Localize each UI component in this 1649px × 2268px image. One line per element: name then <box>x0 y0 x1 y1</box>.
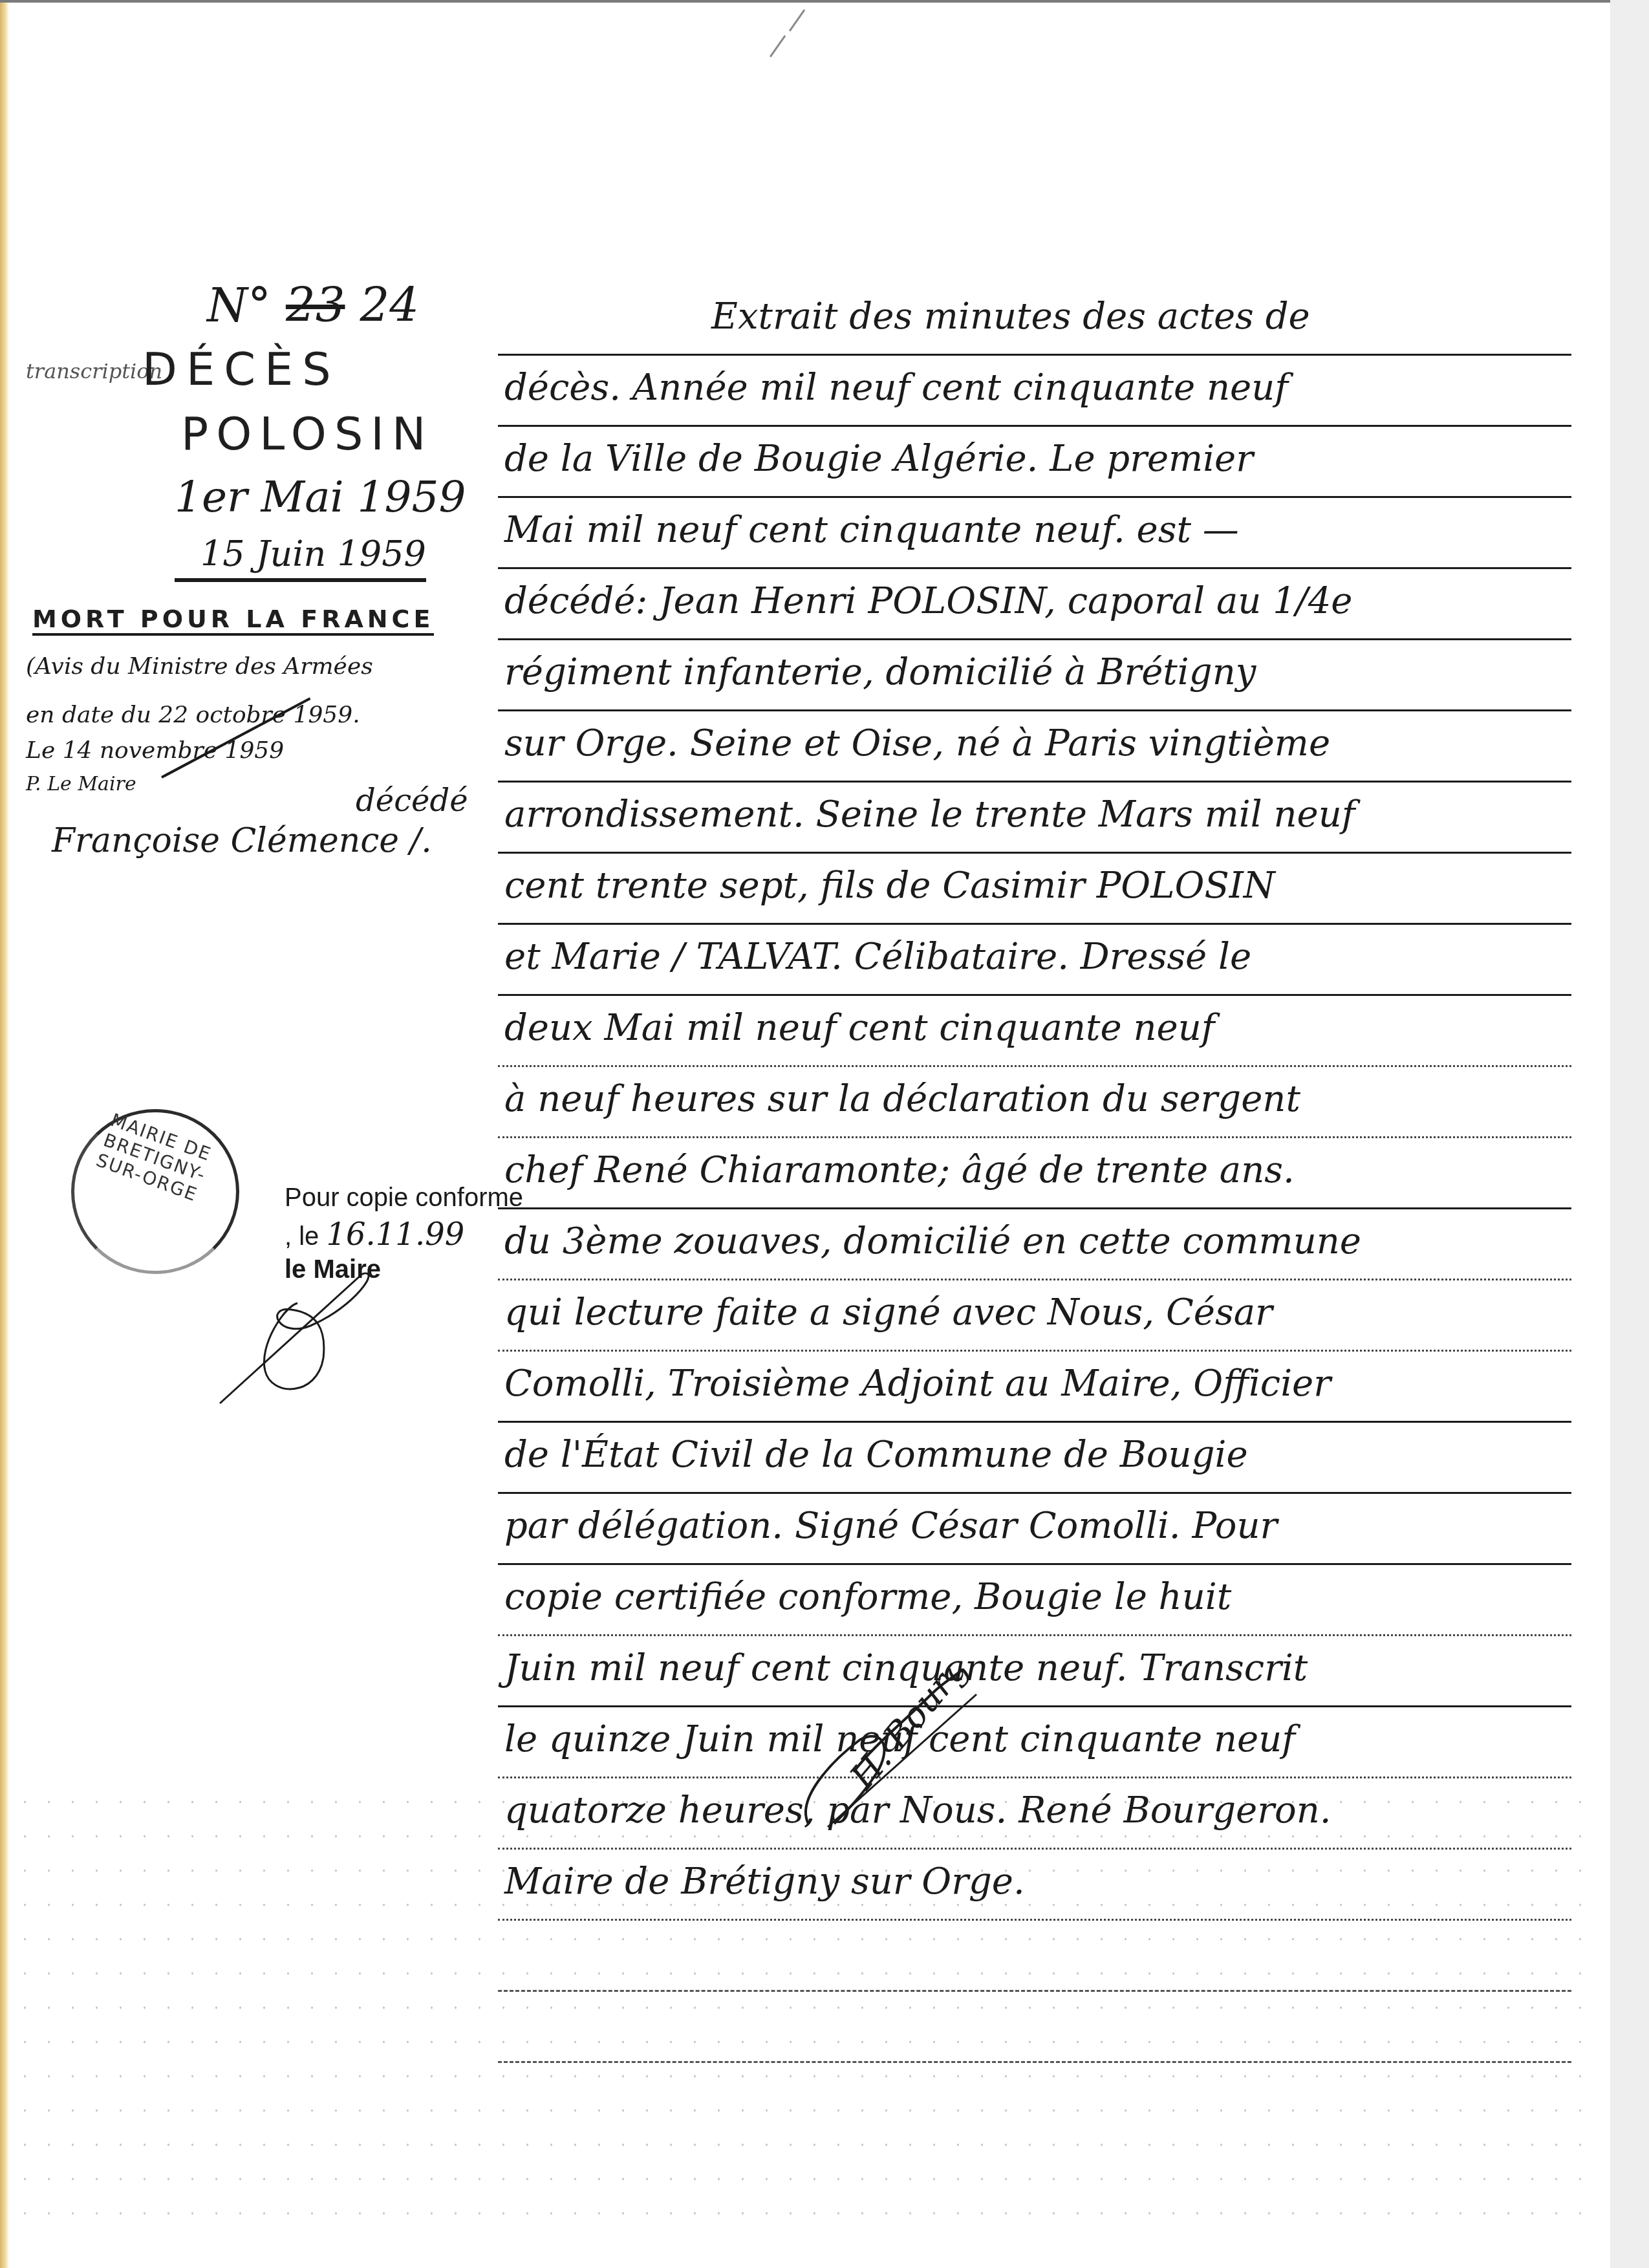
body-line: Juin mil neuf cent cinquante neuf. Trans… <box>498 1636 1571 1707</box>
mention-title: MORT POUR LA FRANCE <box>32 605 434 636</box>
certification-date-line: , le 16.11.99 <box>285 1216 523 1253</box>
body-line: chef René Chiaramonte; âgé de trente ans… <box>498 1138 1571 1209</box>
mention-line: Le 14 novembre 1959 <box>26 737 284 764</box>
body-line: copie certifiée conforme, Bougie le huit <box>498 1565 1571 1636</box>
body-line: sur Orge. Seine et Oise, né à Paris ving… <box>498 711 1571 783</box>
scan-noise <box>13 1785 1591 2238</box>
stamp-text: MAIRIE DE BRETIGNY-SUR-ORGE <box>93 1109 242 1216</box>
mention-line: P. Le Maire <box>26 773 136 795</box>
body-line: arrondissement. Seine le trente Mars mil… <box>498 783 1571 854</box>
body-line: décédé: Jean Henri POLOSIN, caporal au 1… <box>498 569 1571 640</box>
scan-edge-left <box>0 0 9 2268</box>
mention-line: en date du 22 octobre 1959. <box>26 702 360 728</box>
body-line: cent trente sept, fils de Casimir POLOSI… <box>498 854 1571 925</box>
body-line: Comolli, Troisième Adjoint au Maire, Off… <box>498 1352 1571 1423</box>
annotation-decede: décédé <box>356 783 468 819</box>
certification-date: 16.11.99 <box>326 1216 464 1253</box>
acte-number-value: 24 <box>360 278 419 332</box>
body-line: deux Mai mil neuf cent cinquante neuf <box>498 996 1571 1067</box>
body-line: du 3ème zouaves, domicilié en cette comm… <box>498 1209 1571 1280</box>
body-line: Extrait des minutes des actes de <box>498 285 1571 356</box>
surname-heading: POLOSIN <box>181 407 433 460</box>
body-line: à neuf heures sur la déclaration du serg… <box>498 1067 1571 1138</box>
deces-label: DÉCÈS <box>142 343 340 396</box>
body-line: qui lecture faite a signé avec Nous, Cés… <box>498 1280 1571 1352</box>
scan-edge-right <box>1610 0 1649 2268</box>
body-line: de la Ville de Bougie Algérie. Le premie… <box>498 427 1571 498</box>
transcription-date: 15 Juin 1959 <box>175 534 426 582</box>
scan-edge-top <box>0 0 1649 3</box>
body-line: décès. Année mil neuf cent cinquante neu… <box>498 356 1571 427</box>
acte-number-struck: 23 <box>286 278 345 332</box>
acte-number-prefix: N° <box>207 278 271 332</box>
death-date: 1er Mai 1959 <box>175 472 466 522</box>
mention-line: (Avis du Ministre des Armées <box>26 653 373 680</box>
certification-title: Pour copie conforme <box>285 1183 523 1213</box>
body-line: de l'État Civil de la Commune de Bougie <box>498 1423 1571 1494</box>
mayor-signature <box>213 1268 401 1410</box>
body-line: Mai mil neuf cent cinquante neuf. est — <box>498 498 1571 569</box>
staple-mark <box>789 9 812 36</box>
svg-text:H. Bourgeron: H. Bourgeron <box>841 1669 1009 1797</box>
certification-date-prefix: , le <box>285 1222 319 1251</box>
body-line: par délégation. Signé César Comolli. Pou… <box>498 1494 1571 1565</box>
annotation-names: Françoise Clémence /. <box>52 821 432 860</box>
body-line: régiment infanterie, domicilié à Brétign… <box>498 640 1571 711</box>
staple-mark <box>770 35 792 61</box>
municipal-stamp: MAIRIE DE BRETIGNY-SUR-ORGE <box>71 1109 239 1274</box>
body-line: et Marie / TALVAT. Célibataire. Dressé l… <box>498 925 1571 996</box>
body-line: le quinze Juin mil neuf cent cinquante n… <box>498 1707 1571 1778</box>
acte-number: N° 23 24 <box>207 278 419 332</box>
